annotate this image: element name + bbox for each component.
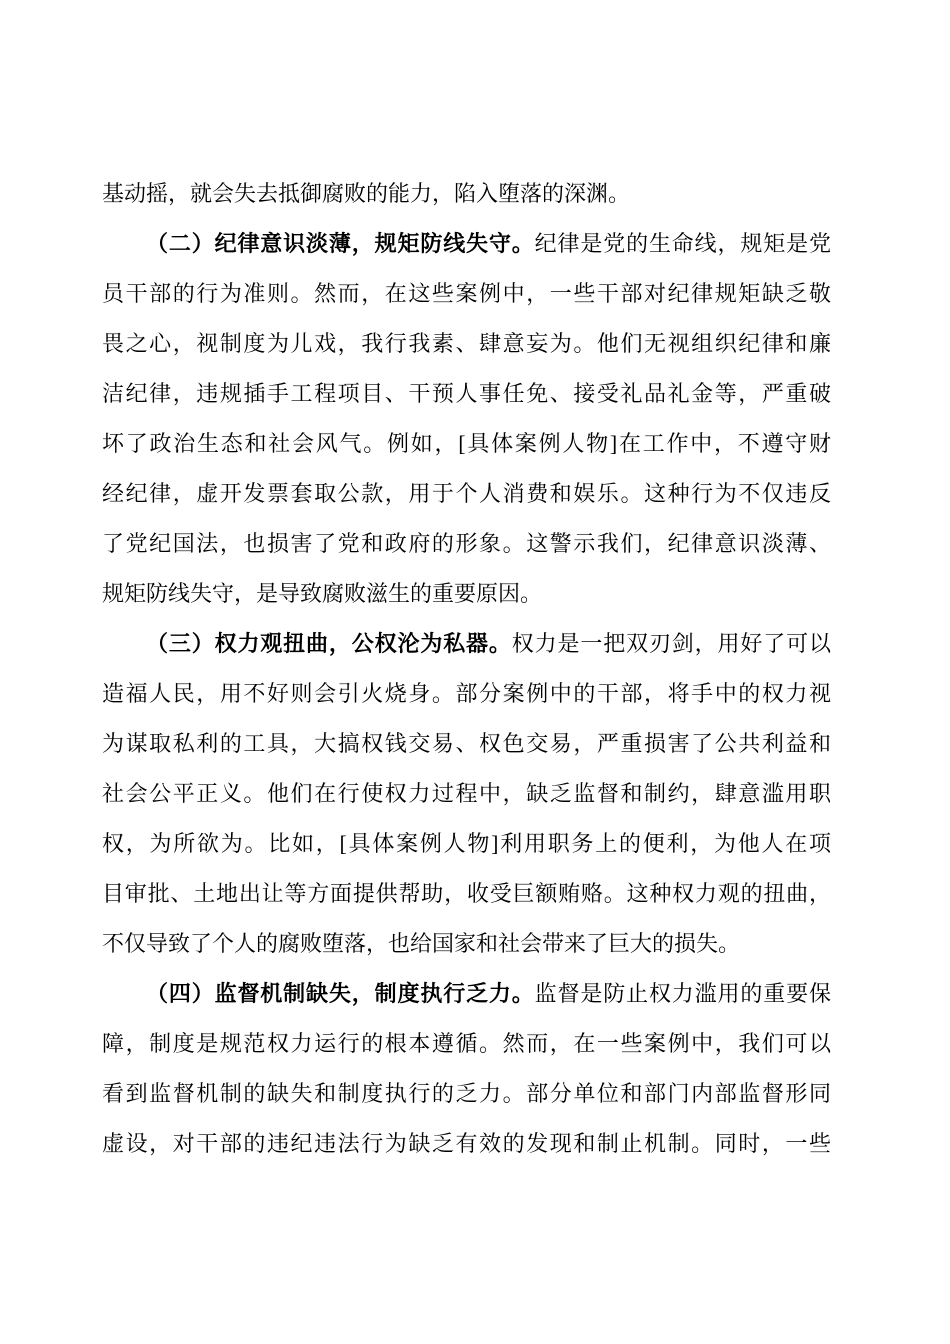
- line-text: 洁纪律，违规插手工程项目、干预人事任免、接受礼品礼金等，严重破: [102, 381, 831, 406]
- line-text: 虚设，对干部的违纪违法行为缺乏有效的发现和制止机制。同时，一些: [102, 1131, 831, 1156]
- text-line: 社会公平正义。他们在行使权力过程中，缺乏监督和制约，肆意滥用职: [102, 769, 831, 819]
- text-line: （二）纪律意识淡薄，规矩防线失守。纪律是党的生命线，规矩是党: [102, 219, 831, 269]
- text-line: 虚设，对干部的违纪违法行为缺乏有效的发现和制止机制。同时，一些: [102, 1119, 831, 1169]
- text-line: 规矩防线失守，是导致腐败滋生的重要原因。: [102, 569, 831, 619]
- line-text: 坏了政治生态和社会风气。例如，[具体案例人物]在工作中，不遵守财: [102, 431, 831, 456]
- text-line: 为谋取私利的工具，大搞权钱交易、权色交易，严重损害了公共利益和: [102, 719, 831, 769]
- text-line: （三）权力观扭曲，公权沦为私器。权力是一把双刃剑，用好了可以: [102, 619, 831, 669]
- line-text: 为谋取私利的工具，大搞权钱交易、权色交易，严重损害了公共利益和: [102, 731, 831, 756]
- line-text: 监督是防止权力滥用的重要保: [535, 981, 831, 1006]
- text-line: 看到监督机制的缺失和制度执行的乏力。部分单位和部门内部监督形同: [102, 1069, 831, 1119]
- text-line: 基动摇，就会失去抵御腐败的能力，陷入堕落的深渊。: [102, 169, 831, 219]
- line-text: 基动摇，就会失去抵御腐败的能力，陷入堕落的深渊。: [102, 181, 630, 206]
- text-line: 坏了政治生态和社会风气。例如，[具体案例人物]在工作中，不遵守财: [102, 419, 831, 469]
- line-text: 不仅导致了个人的腐败堕落，也给国家和社会带来了巨大的损失。: [102, 931, 740, 956]
- text-line: 了党纪国法，也损害了党和政府的形象。这警示我们，纪律意识淡薄、: [102, 519, 831, 569]
- line-text: 目审批、土地出让等方面提供帮助，收受巨额贿赂。这种权力观的扭曲，: [102, 881, 831, 906]
- line-text: 障，制度是规范权力运行的根本遵循。然而，在一些案例中，我们可以: [102, 1031, 831, 1056]
- text-line: 权，为所欲为。比如，[具体案例人物]利用职务上的便利，为他人在项: [102, 819, 831, 869]
- line-text: 员干部的行为准则。然而，在这些案例中，一些干部对纪律规矩缺乏敬: [102, 281, 831, 306]
- paragraph-heading: （二）纪律意识淡薄，规矩防线失守。: [146, 231, 535, 256]
- line-text: 了党纪国法，也损害了党和政府的形象。这警示我们，纪律意识淡薄、: [102, 531, 831, 556]
- line-text: 权力是一把双刃剑，用好了可以: [512, 631, 831, 656]
- text-line: （四）监督机制缺失，制度执行乏力。监督是防止权力滥用的重要保: [102, 969, 831, 1019]
- text-line: 畏之心，视制度为儿戏，我行我素、肆意妄为。他们无视组织纪律和廉: [102, 319, 831, 369]
- document-text-block: 基动摇，就会失去抵御腐败的能力，陷入堕落的深渊。 （二）纪律意识淡薄，规矩防线失…: [102, 169, 831, 1169]
- text-line: 员干部的行为准则。然而，在这些案例中，一些干部对纪律规矩缺乏敬: [102, 269, 831, 319]
- line-text: 规矩防线失守，是导致腐败滋生的重要原因。: [102, 581, 542, 606]
- line-text: 权，为所欲为。比如，[具体案例人物]利用职务上的便利，为他人在项: [102, 831, 831, 856]
- line-text: 畏之心，视制度为儿戏，我行我素、肆意妄为。他们无视组织纪律和廉: [102, 331, 831, 356]
- line-text: 纪律是党的生命线，规矩是党: [535, 231, 831, 256]
- paragraph-heading: （三）权力观扭曲，公权沦为私器。: [146, 631, 512, 656]
- line-text: 经纪律，虚开发票套取公款，用于个人消费和娱乐。这种行为不仅违反: [102, 481, 831, 506]
- text-line: 洁纪律，违规插手工程项目、干预人事任免、接受礼品礼金等，严重破: [102, 369, 831, 419]
- text-line: 造福人民，用不好则会引火烧身。部分案例中的干部，将手中的权力视: [102, 669, 831, 719]
- paragraph-heading: （四）监督机制缺失，制度执行乏力。: [146, 981, 535, 1006]
- line-text: 造福人民，用不好则会引火烧身。部分案例中的干部，将手中的权力视: [102, 681, 831, 706]
- text-line: 经纪律，虚开发票套取公款，用于个人消费和娱乐。这种行为不仅违反: [102, 469, 831, 519]
- text-line: 不仅导致了个人的腐败堕落，也给国家和社会带来了巨大的损失。: [102, 919, 831, 969]
- line-text: 看到监督机制的缺失和制度执行的乏力。部分单位和部门内部监督形同: [102, 1081, 831, 1106]
- document-page: 基动摇，就会失去抵御腐败的能力，陷入堕落的深渊。 （二）纪律意识淡薄，规矩防线失…: [0, 0, 950, 1344]
- text-line: 目审批、土地出让等方面提供帮助，收受巨额贿赂。这种权力观的扭曲，: [102, 869, 831, 919]
- line-text: 社会公平正义。他们在行使权力过程中，缺乏监督和制约，肆意滥用职: [102, 781, 831, 806]
- text-line: 障，制度是规范权力运行的根本遵循。然而，在一些案例中，我们可以: [102, 1019, 831, 1069]
